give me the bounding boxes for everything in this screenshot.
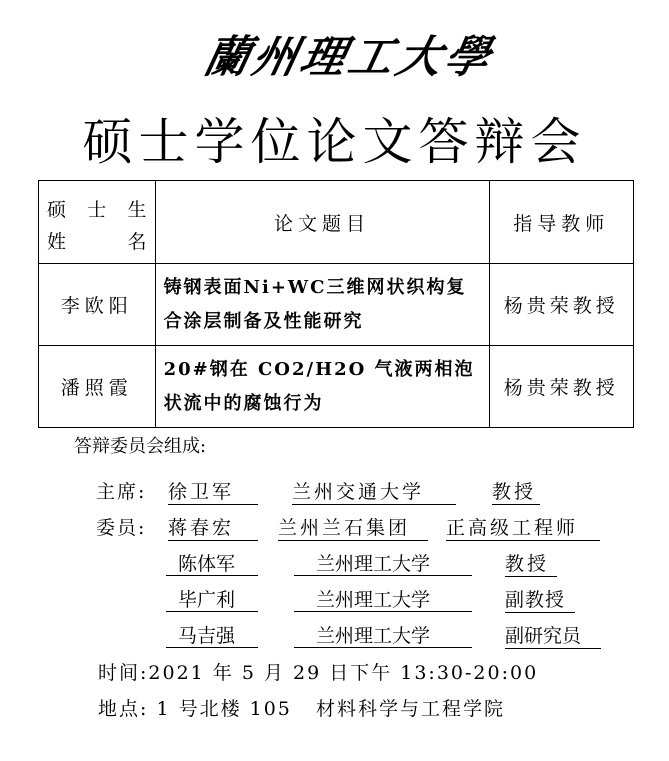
page-title: 硕士学位论文答辩会 xyxy=(0,110,669,174)
student-name: 潘照霞 xyxy=(39,346,156,428)
thesis-topic: 铸钢表面Ni+WC三维网状织构复合涂层制备及性能研究 xyxy=(155,264,489,346)
header-topic: 论文题目 xyxy=(155,181,489,264)
member-affiliation: 兰州交通大学 xyxy=(292,477,456,505)
header-student-name: 硕 士 生 姓 名 xyxy=(39,181,156,264)
defense-time: 时间:2021 年 5 月 29 日下午 13:30-20:00 xyxy=(98,658,538,688)
header-text: 士 xyxy=(87,195,106,222)
defense-table: 硕 士 生 姓 名 论文题目 指导教师 李欧阳 铸钢表面Ni+WC三维网状织构复… xyxy=(38,180,634,428)
committee-heading: 答辩委员会组成: xyxy=(74,434,206,460)
table-header-row: 硕 士 生 姓 名 论文题目 指导教师 xyxy=(39,181,634,264)
member-affiliation: 兰州理工大学 xyxy=(294,585,472,612)
student-name: 李欧阳 xyxy=(39,264,156,346)
header-text: 生 xyxy=(128,195,147,222)
table-row: 潘照霞 20#钢在 CO2/H2O 气液两相泡状流中的腐蚀行为 杨贵荣教授 xyxy=(39,346,634,428)
advisor-name: 杨贵荣教授 xyxy=(489,264,633,346)
defense-location: 地点: 1 号北楼 105 材料科学与工程学院 xyxy=(98,694,505,724)
header-text: 硕 xyxy=(47,195,66,222)
member-name: 陈体军 xyxy=(166,549,258,576)
member-name: 蒋春宏 xyxy=(168,513,258,541)
university-logo: 蘭州理工大學 xyxy=(199,28,472,88)
member-title: 副研究员 xyxy=(505,621,601,649)
member-affiliation: 兰州理工大学 xyxy=(294,621,472,648)
table-row: 李欧阳 铸钢表面Ni+WC三维网状织构复合涂层制备及性能研究 杨贵荣教授 xyxy=(39,264,634,346)
chair-label: 主席: xyxy=(96,477,146,507)
header-text: 姓 xyxy=(47,227,66,254)
member-title: 副教授 xyxy=(505,585,575,613)
member-title: 教授 xyxy=(492,477,540,505)
member-title: 教授 xyxy=(505,549,557,577)
advisor-name: 杨贵荣教授 xyxy=(489,346,633,428)
member-name: 马吉强 xyxy=(166,621,258,648)
header-text: 名 xyxy=(128,227,147,254)
member-name: 毕广利 xyxy=(166,585,258,612)
member-name: 徐卫军 xyxy=(168,477,258,505)
member-title: 正高级工程师 xyxy=(446,513,600,541)
header-advisor: 指导教师 xyxy=(489,181,633,264)
thesis-topic: 20#钢在 CO2/H2O 气液两相泡状流中的腐蚀行为 xyxy=(155,346,489,428)
member-affiliation: 兰州理工大学 xyxy=(294,549,472,576)
member-affiliation: 兰州兰石集团 xyxy=(278,513,428,541)
members-label: 委员: xyxy=(96,513,146,543)
